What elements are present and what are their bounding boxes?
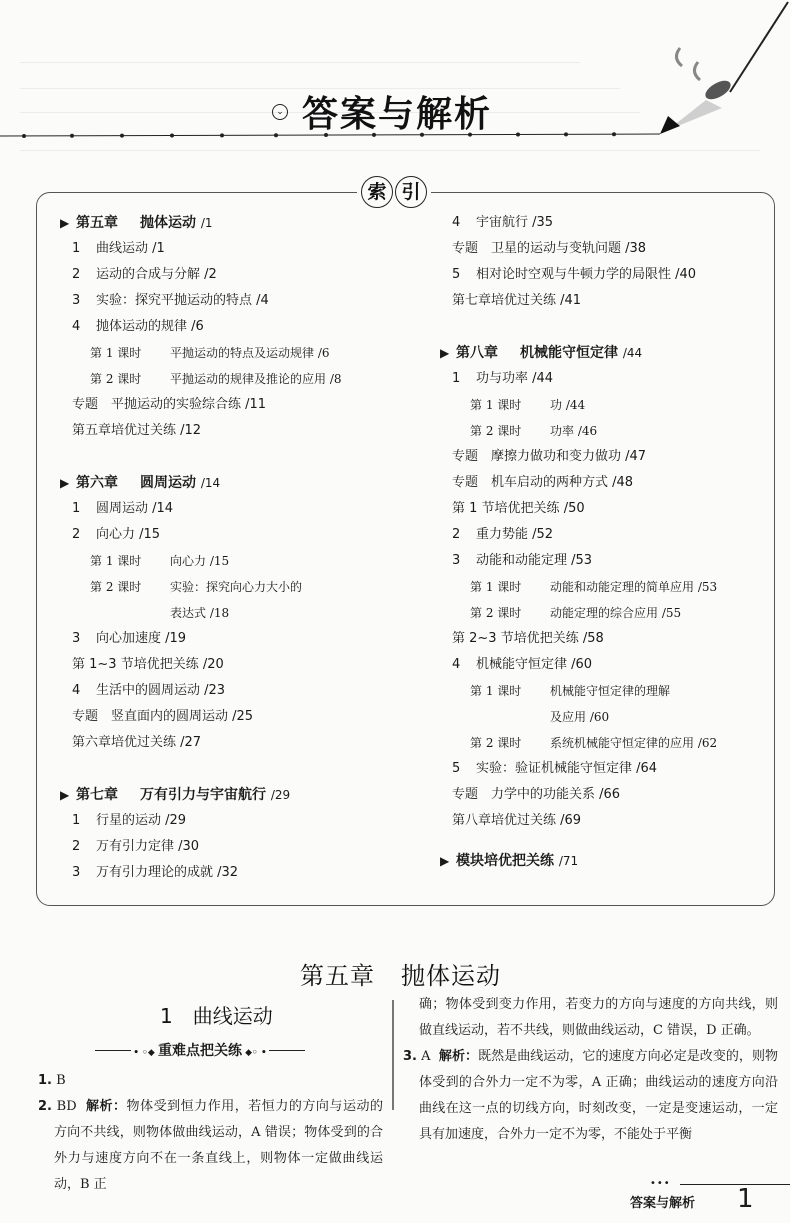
diamond-ornament-icon: ◆◦ • [242,1048,267,1058]
answers-column-right: 确；物体受到变力作用，若变力的方向与速度的方向共线，则做直线运动，若不共线，则做… [403,992,778,1148]
answer-item: 3. A 解析：既然是曲线运动，它的速度方向必定是改变的，则物体受到的合外力一定… [403,1044,778,1148]
index-badge-char: 引 [395,176,427,208]
toc-topic[interactable]: 专题 卫星的运动与变轨问题 /38 [440,236,770,262]
toc-section[interactable]: 4抛体运动的规律 /6 [60,314,390,340]
toc-topic[interactable]: 专题 竖直面内的圆周运动 /25 [60,704,390,730]
toc-chapter[interactable]: ▶第六章圆周运动 /14 [60,470,390,496]
toc-section[interactable]: 5相对论时空观与牛顿力学的局限性 /40 [440,262,770,288]
toc-review[interactable]: 第五章培优过关练 /12 [60,418,390,444]
toc-section[interactable]: 2万有引力定律 /30 [60,834,390,860]
answer-item: 2. BD 解析：物体受到恒力作用，若恒力的方向与运动的方向不共线，则物体做曲线… [38,1094,383,1198]
toc-lesson[interactable]: 第 2 课时动能定理的综合应用 /55 [440,600,770,626]
toc-lesson-continued[interactable]: 表达式 /18 [60,600,390,626]
drill-heading: • ◦◆ 重难点把关练 ◆◦ • [95,1040,305,1060]
section-heading: 1曲线运动 [160,1000,273,1029]
index-column-right: 4宇宙航行 /35 专题 卫星的运动与变轨问题 /38 5相对论时空观与牛顿力学… [440,210,770,874]
footer-rule [680,1184,790,1185]
triangle-right-icon: ▶ [60,782,69,808]
toc-section[interactable]: 4生活中的圆周运动 /23 [60,678,390,704]
triangle-right-icon: ▶ [60,210,69,236]
toc-section[interactable]: 2重力势能 /52 [440,522,770,548]
toc-review[interactable]: 第 1 节培优把关练 /50 [440,496,770,522]
toc-section[interactable]: 1功与功率 /44 [440,366,770,392]
diamond-ornament-icon: • ◦◆ [133,1048,158,1058]
triangle-right-icon: ▶ [440,340,449,366]
toc-lesson[interactable]: 第 1 课时平抛运动的特点及运动规律 /6 [60,340,390,366]
toc-section[interactable]: 4机械能守恒定律 /60 [440,652,770,678]
toc-review[interactable]: 第七章培优过关练 /41 [440,288,770,314]
index-column-left: ▶第五章抛体运动 /1 1曲线运动 /1 2运动的合成与分解 /2 3实验：探究… [60,210,390,886]
toc-lesson[interactable]: 第 2 课时平抛运动的规律及推论的应用 /8 [60,366,390,392]
toc-topic[interactable]: 专题 机车启动的两种方式 /48 [440,470,770,496]
index-badge: 索 引 [357,176,431,208]
toc-section[interactable]: 1曲线运动 /1 [60,236,390,262]
toc-section[interactable]: 3动能和动能定理 /53 [440,548,770,574]
toc-lesson[interactable]: 第 1 课时动能和动能定理的简单应用 /53 [440,574,770,600]
answer-item: 1. B [38,1068,383,1094]
toc-section[interactable]: 3实验：探究平抛运动的特点 /4 [60,288,390,314]
page-title: 答案与解析 [302,86,492,137]
ellipsis-ornament-icon: ••• [650,1178,671,1189]
footer-label: 答案与解析 [630,1192,695,1211]
toc-topic[interactable]: 专题 力学中的功能关系 /66 [440,782,770,808]
chapter-heading: 第五章抛体运动 [300,956,501,991]
column-divider [392,1000,394,1110]
toc-section[interactable]: 2运动的合成与分解 /2 [60,262,390,288]
toc-lesson[interactable]: 第 1 课时向心力 /15 [60,548,390,574]
toc-topic[interactable]: 专题 摩擦力做功和变力做功 /47 [440,444,770,470]
toc-section[interactable]: 3向心加速度 /19 [60,626,390,652]
toc-review[interactable]: 第 2~3 节培优把关练 /58 [440,626,770,652]
toc-lesson[interactable]: 第 2 课时系统机械能守恒定律的应用 /62 [440,730,770,756]
toc-chapter[interactable]: ▶第五章抛体运动 /1 [60,210,390,236]
toc-chapter[interactable]: ▶第七章万有引力与宇宙航行 /29 [60,782,390,808]
page-footer: ••• 答案与解析 1 [650,1178,790,1218]
toc-module-review[interactable]: ▶模块培优把关练 /71 [440,848,770,874]
toc-section[interactable]: 3万有引力理论的成就 /32 [60,860,390,886]
pencil-icon [640,0,790,140]
triangle-right-icon: ▶ [60,470,69,496]
toc-topic[interactable]: 专题 平抛运动的实验综合练 /11 [60,392,390,418]
toc-section[interactable]: 1行星的运动 /29 [60,808,390,834]
index-badge-char: 索 [361,176,393,208]
toc-lesson[interactable]: 第 1 课时功 /44 [440,392,770,418]
toc-section[interactable]: 1圆周运动 /14 [60,496,390,522]
toc-lesson[interactable]: 第 1 课时机械能守恒定律的理解 [440,678,770,704]
toc-chapter[interactable]: ▶第八章机械能守恒定律 /44 [440,340,770,366]
triangle-right-icon: ▶ [440,848,449,874]
answer-continuation: 确；物体受到变力作用，若变力的方向与速度的方向共线，则做直线运动，若不共线，则做… [403,992,778,1044]
toc-section[interactable]: 4宇宙航行 /35 [440,210,770,236]
toc-section[interactable]: 2向心力 /15 [60,522,390,548]
chevron-circle-icon: ⌄ [272,104,288,120]
toc-lesson[interactable]: 第 2 课时实验：探究向心力大小的 [60,574,390,600]
answers-column-left: 1. B 2. BD 解析：物体受到恒力作用，若恒力的方向与运动的方向不共线，则… [38,1068,383,1198]
toc-lesson-continued[interactable]: 及应用 /60 [440,704,770,730]
toc-review[interactable]: 第六章培优过关练 /27 [60,730,390,756]
page-number: 1 [737,1184,754,1214]
toc-section[interactable]: 5实验：验证机械能守恒定律 /64 [440,756,770,782]
toc-lesson[interactable]: 第 2 课时功率 /46 [440,418,770,444]
toc-review[interactable]: 第八章培优过关练 /69 [440,808,770,834]
toc-review[interactable]: 第 1~3 节培优把关练 /20 [60,652,390,678]
dotted-divider [0,131,660,139]
